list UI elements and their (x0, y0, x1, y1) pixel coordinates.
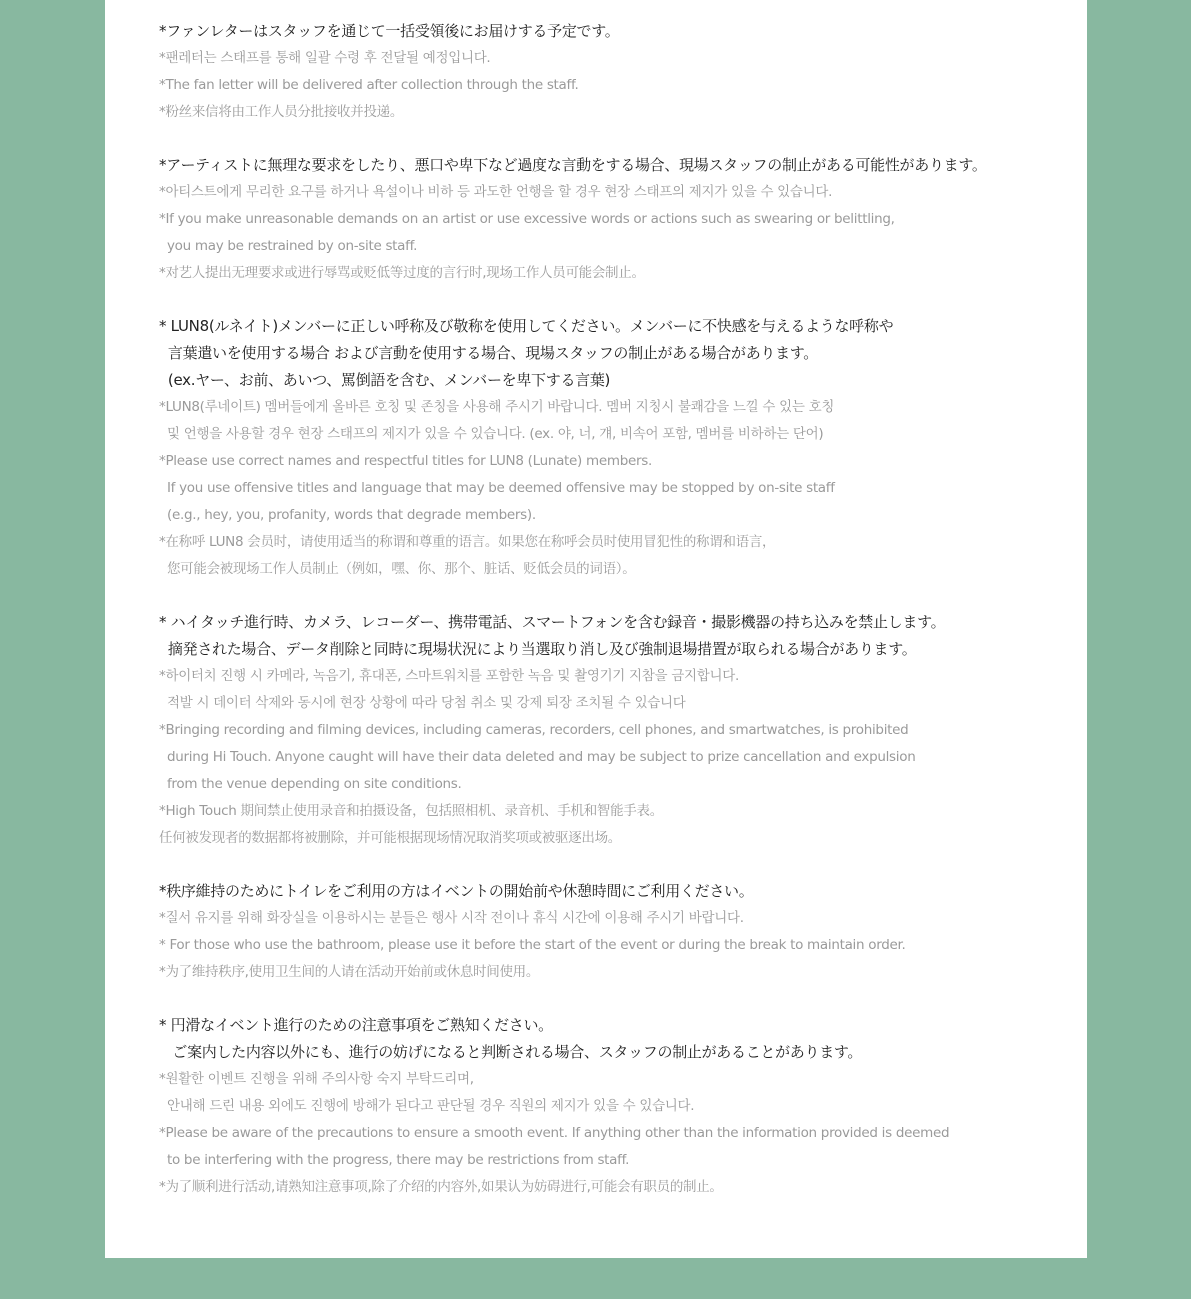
notice-english-line: *Please use correct names and respectful… (159, 448, 1067, 475)
notice-content: *ファンレターはスタッフを通じて一括受領後にお届けする予定です。 *팬레터는 스… (159, 18, 1067, 1227)
notice-chinese-line: *对艺人提出无理要求或进行辱骂或贬低等过度的言行时,现场工作人员可能会制止。 (159, 260, 1067, 287)
notice-korean-line: *아티스트에게 무리한 요구를 하거나 욕설이나 비하 등 과도한 언행을 할 … (159, 179, 1067, 206)
notice-korean-line: *하이터치 진행 시 카메라, 녹음기, 휴대폰, 스마트워치를 포함한 녹음 … (159, 663, 1067, 690)
notice-chinese-line: *在称呼 LUN8 会员时，请使用适当的称谓和尊重的语言。如果您在称呼会员时使用… (159, 529, 1067, 556)
notice-chinese-line: *为了顺利进行活动,请熟知注意事项,除了介绍的内容外,如果认为妨碍进行,可能会有… (159, 1174, 1067, 1201)
notice-korean-line: *팬레터는 스태프를 통해 일괄 수령 후 전달될 예정입니다. (159, 45, 1067, 72)
notice-fan-letter: *ファンレターはスタッフを通じて一括受領後にお届けする予定です。 *팬레터는 스… (159, 18, 1067, 126)
notice-primary-line: 言葉遣いを使用する場合 および言動を使用する場合、現場スタッフの制止がある場合が… (159, 340, 1067, 367)
notice-english-line: (e.g., hey, you, profanity, words that d… (159, 502, 1067, 529)
notice-english-line: you may be restrained by on-site staff. (159, 233, 1067, 260)
notice-english-line: during Hi Touch. Anyone caught will have… (159, 744, 1067, 771)
notice-restroom: *秩序維持のためにトイレをご利用の方はイベントの開始前や休憩時間にご利用ください… (159, 878, 1067, 986)
notice-korean-line: *LUN8(루네이트) 멤버들에게 올바른 호칭 및 존칭을 사용해 주시기 바… (159, 394, 1067, 421)
notice-chinese-line: *为了维持秩序,使用卫生间的人请在活动开始前或休息时间使用。 (159, 959, 1067, 986)
notice-recording-ban: * ハイタッチ進行時、カメラ、レコーダー、携帯電話、スマートフォンを含む録音・撮… (159, 609, 1067, 852)
notice-primary-line: *ファンレターはスタッフを通じて一括受領後にお届けする予定です。 (159, 18, 1067, 45)
notice-panel: *ファンレターはスタッフを通じて一括受領後にお届けする予定です。 *팬레터는 스… (105, 0, 1087, 1258)
notice-chinese-line: 您可能会被现场工作人员制止（例如，嘿、你、那个、脏话、贬低会员的词语）。 (159, 556, 1067, 583)
notice-english-line: *Bringing recording and filming devices,… (159, 717, 1067, 744)
notice-korean-line: 적발 시 데이터 삭제와 동시에 현장 상황에 따라 당첨 취소 및 강제 퇴장… (159, 690, 1067, 717)
notice-korean-line: 안내해 드린 내용 외에도 진행에 방해가 된다고 판단될 경우 직원의 제지가… (159, 1093, 1067, 1120)
notice-artist-conduct: *アーティストに無理な要求をしたり、悪口や卑下など過度な言動をする場合、現場スタ… (159, 152, 1067, 287)
notice-chinese-line: *粉丝来信将由工作人员分批接收并投递。 (159, 99, 1067, 126)
notice-smooth-event: * 円滑なイベント進行のための注意事項をご熟知ください。 ご案内した内容以外にも… (159, 1012, 1067, 1201)
notice-english-line: from the venue depending on site conditi… (159, 771, 1067, 798)
notice-korean-line: *원활한 이벤트 진행을 위해 주의사항 숙지 부탁드리며, (159, 1066, 1067, 1093)
notice-primary-line: (ex.ヤー、お前、あいつ、罵倒語を含む、メンバーを卑下する言葉) (159, 367, 1067, 394)
notice-primary-line: ご案内した内容以外にも、進行の妨げになると判断される場合、スタッフの制止があるこ… (159, 1039, 1067, 1066)
notice-english-line: * For those who use the bathroom, please… (159, 932, 1067, 959)
notice-primary-line: *アーティストに無理な要求をしたり、悪口や卑下など過度な言動をする場合、現場スタ… (159, 152, 1067, 179)
notice-primary-line: * ハイタッチ進行時、カメラ、レコーダー、携帯電話、スマートフォンを含む録音・撮… (159, 609, 1067, 636)
notice-english-line: *Please be aware of the precautions to e… (159, 1120, 1067, 1147)
notice-primary-line: * 円滑なイベント進行のための注意事項をご熟知ください。 (159, 1012, 1067, 1039)
notice-primary-line: 摘発された場合、データ削除と同時に現場状況により当選取り消し及び強制退場措置が取… (159, 636, 1067, 663)
notice-english-line: If you use offensive titles and language… (159, 475, 1067, 502)
notice-primary-line: *秩序維持のためにトイレをご利用の方はイベントの開始前や休憩時間にご利用ください… (159, 878, 1067, 905)
notice-korean-line: *질서 유지를 위해 화장실을 이용하시는 분들은 행사 시작 전이나 휴식 시… (159, 905, 1067, 932)
notice-korean-line: 및 언행을 사용할 경우 현장 스태프의 제지가 있을 수 있습니다. (ex.… (159, 421, 1067, 448)
notice-chinese-line: 任何被发现者的数据都将被删除，并可能根据现场情况取消奖项或被驱逐出场。 (159, 825, 1067, 852)
notice-english-line: *The fan letter will be delivered after … (159, 72, 1067, 99)
notice-english-line: to be interfering with the progress, the… (159, 1147, 1067, 1174)
notice-chinese-line: *High Touch 期间禁止使用录音和拍摄设备，包括照相机、录音机、手机和智… (159, 798, 1067, 825)
notice-english-line: *If you make unreasonable demands on an … (159, 206, 1067, 233)
notice-primary-line: * LUN8(ルネイト)メンバーに正しい呼称及び敬称を使用してください。メンバー… (159, 313, 1067, 340)
notice-member-titles: * LUN8(ルネイト)メンバーに正しい呼称及び敬称を使用してください。メンバー… (159, 313, 1067, 583)
